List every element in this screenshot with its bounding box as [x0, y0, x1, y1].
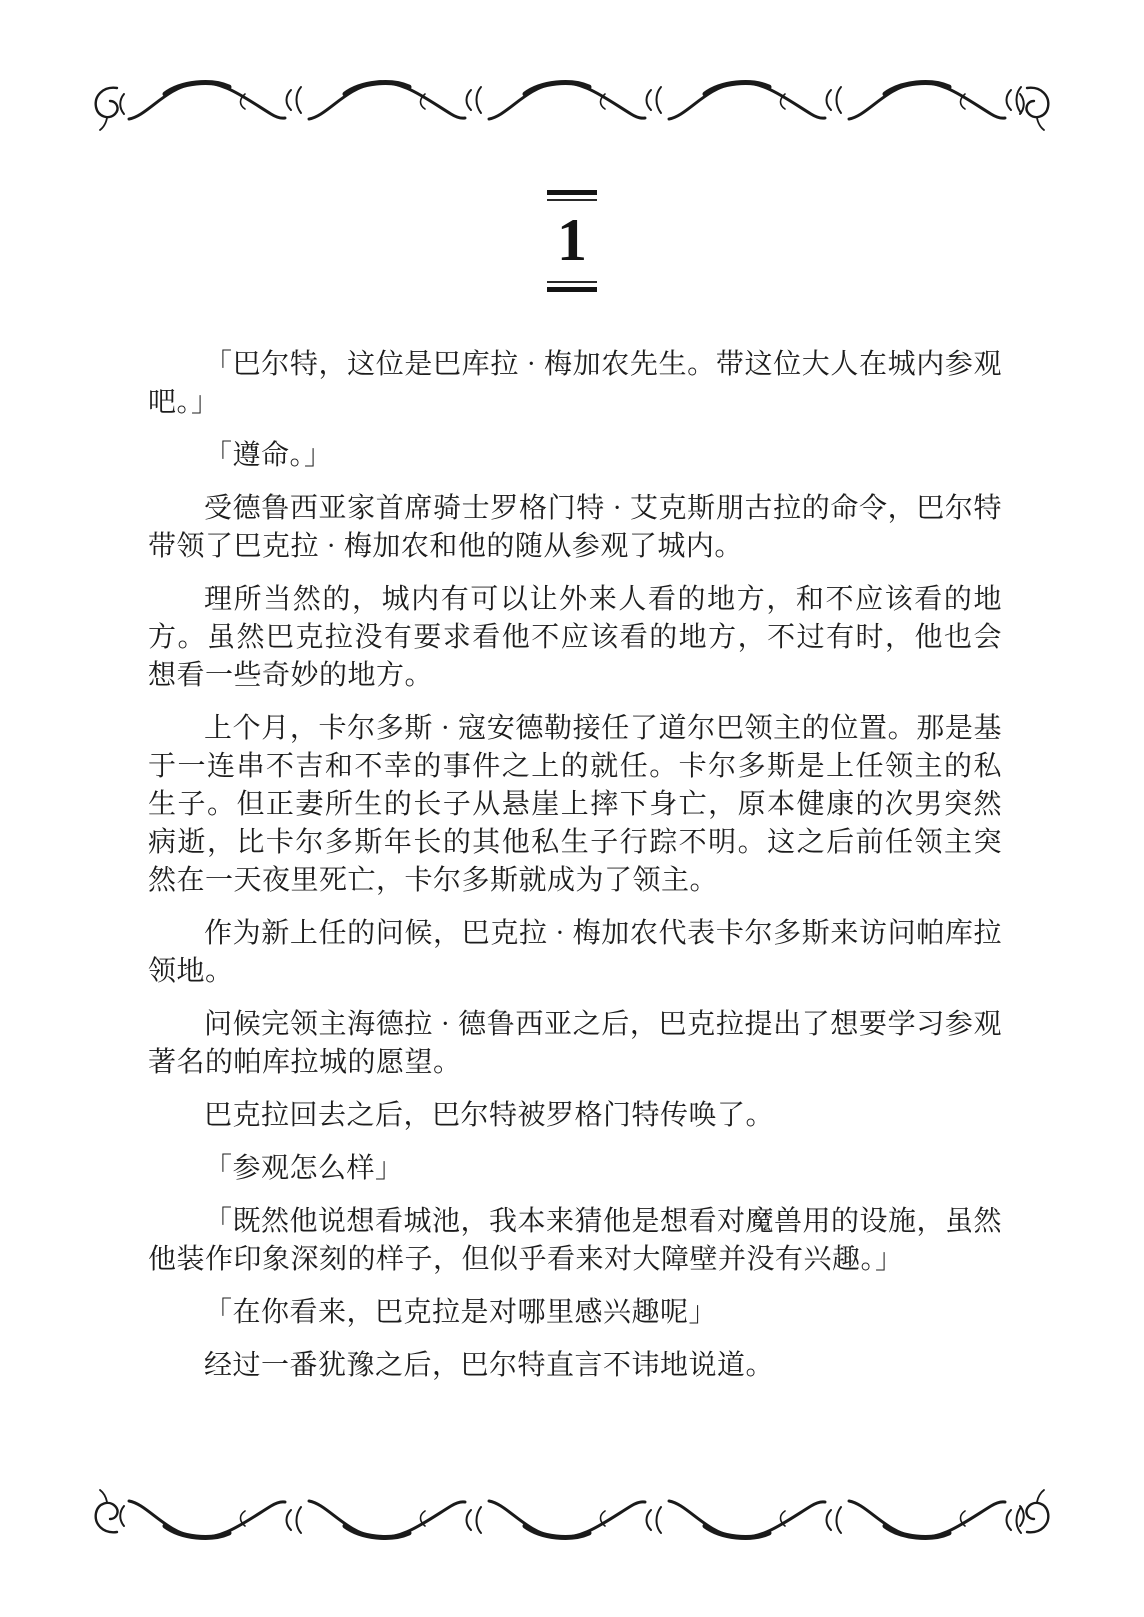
chapter-body: 「巴尔特，这位是巴库拉 · 梅加农先生。带这位大人在城内参观吧。」 「遵命。」 …: [148, 346, 1002, 1400]
paragraph: 作为新上任的问候，巴克拉 · 梅加农代表卡尔多斯来访问帕库拉领地。: [148, 915, 1002, 991]
paragraph: 受德鲁西亚家首席骑士罗格门特 · 艾克斯朋古拉的命令，巴尔特带领了巴克拉 · 梅…: [148, 490, 1002, 566]
chapter-rule-below: [547, 281, 597, 292]
flourish-scroll-icon: [91, 74, 1053, 134]
chapter-heading: 1: [0, 190, 1144, 292]
paragraph: 「在你看来，巴克拉是对哪里感兴趣呢」: [148, 1294, 1002, 1332]
chapter-rule-above: [547, 190, 597, 201]
paragraph: 理所当然的，城内有可以让外来人看的地方，和不应该看的地方。虽然巴克拉没有要求看他…: [148, 581, 1002, 695]
bottom-flourish-border-ornament: [91, 1486, 1053, 1546]
thick-rule-line: [547, 287, 597, 292]
paragraph: 「参观怎么样」: [148, 1150, 1002, 1188]
flourish-scroll-icon: [91, 1486, 1053, 1546]
book-page: 1 「巴尔特，这位是巴库拉 · 梅加农先生。带这位大人在城内参观吧。」 「遵命。…: [0, 0, 1144, 1617]
paragraph: 「既然他说想看城池，我本来猜他是想看对魔兽用的设施，虽然他装作印象深刻的样子，但…: [148, 1203, 1002, 1279]
paragraph: 巴克拉回去之后，巴尔特被罗格门特传唤了。: [148, 1097, 1002, 1135]
paragraph: 「巴尔特，这位是巴库拉 · 梅加农先生。带这位大人在城内参观吧。」: [148, 346, 1002, 422]
top-flourish-border-ornament: [91, 74, 1053, 134]
chapter-number: 1: [557, 209, 587, 271]
thin-rule-line: [547, 199, 597, 201]
thick-rule-line: [547, 190, 597, 195]
paragraph: 问候完领主海德拉 · 德鲁西亚之后，巴克拉提出了想要学习参观著名的帕库拉城的愿望…: [148, 1006, 1002, 1082]
thin-rule-line: [547, 281, 597, 283]
paragraph: 经过一番犹豫之后，巴尔特直言不讳地说道。: [148, 1347, 1002, 1385]
paragraph: 上个月，卡尔多斯 · 寇安德勒接任了道尔巴领主的位置。那是基于一连串不吉和不幸的…: [148, 710, 1002, 900]
paragraph: 「遵命。」: [148, 437, 1002, 475]
